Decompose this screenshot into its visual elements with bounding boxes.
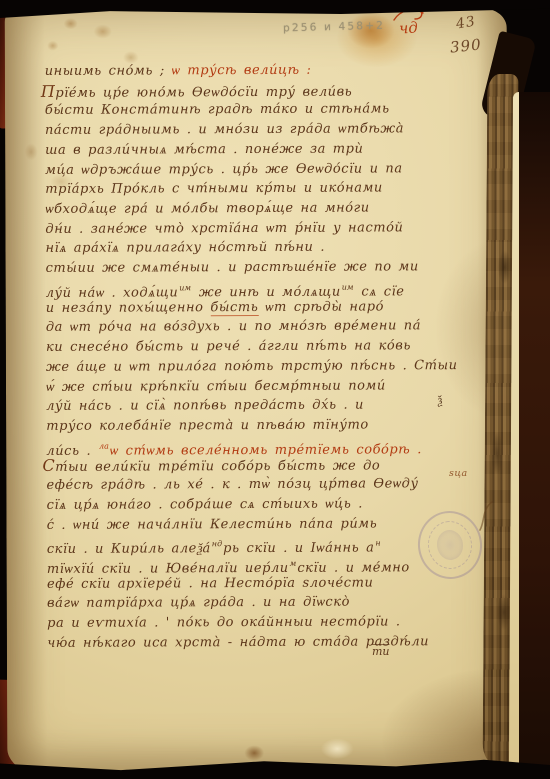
ink-text: нд: [212, 539, 222, 548]
cover-edge: [519, 92, 550, 779]
manuscript-line: да ѡт ро́ча на во́здухь . и по мно́зѣ вр…: [46, 319, 421, 336]
manuscript-line: мц́а ѡдръжа́ше тру́сь . цр́ь же Ѳеѡдо́сї…: [45, 161, 403, 178]
manuscript-line: сїѧ цр́ѧ юна́го . собра́ше сѧ ст́ыихь ѡц…: [47, 496, 363, 512]
manuscript-line: па́сти гра́дныимь . и мно́зи из гра́да ѡ…: [45, 122, 404, 139]
ink-text: сты́ии же смѧте́ныи . и растѣше́нїе же п…: [46, 259, 419, 276]
ink-text: лу́й на́ѡ . ходѧ́щи: [46, 285, 179, 301]
margin-mark-lower: ѕца: [449, 468, 468, 479]
manuscript-line: ѡбходѧ́ще гра́ и мо́лбы творѧ́ще на мно́…: [45, 201, 369, 217]
ink-text: ѡ́ же ст́ыи крѣ́пкїи ст́ыи бесмр́тныи по…: [46, 378, 386, 394]
ink-text: им: [342, 282, 354, 291]
ink-text: с́ . ѡни́ же нача́лнїи Келести́нь па́па …: [47, 516, 378, 532]
photo-background: иныимь сно́мь ; ѡ тру́сѣ вели́цѣ :Прїе́м…: [0, 0, 550, 779]
ink-text: же инѣ и мо́лѧщи: [192, 285, 341, 301]
ink-text: рь скїи . и Іѡа́ннь а: [223, 541, 374, 557]
ink-text: па́сти гра́дныимь . и мно́зи из гра́да ѡ…: [45, 122, 404, 139]
ink-text: им: [179, 283, 191, 292]
manuscript-line: лу́й на́ѡ . ходѧ́щиим же инѣ и мо́лѧщиим…: [46, 279, 405, 301]
manuscript-line: иныимь сно́мь ; ѡ тру́сѣ вели́цѣ :: [45, 63, 312, 79]
ink-text: ша в разли́чныѧ мѣ́ста . поне́же за трѝ: [45, 141, 363, 157]
manuscript-line: ша в разли́чныѧ мѣ́ста . поне́же за трѝ: [45, 141, 363, 157]
manuscript-line: нїѧ ара́хїѧ прилага́ху но́стѣй пѣ́ни .: [45, 240, 325, 256]
ink-text: трїа́рхь Про́кль с чт́ными кр́ты и ико́н…: [45, 181, 383, 197]
ink-text: м: [290, 559, 297, 568]
ink-text: сїѧ цр́ѧ юна́го . собра́ше сѧ ст́ыихь ѡц…: [47, 496, 363, 512]
rubric-text: ѡ ст́ѡмь вселе́нномь тре́тїемь собо́рѣ .: [110, 442, 422, 458]
ink-text: бы́сть: [210, 300, 258, 316]
manuscript-line: тру́со колеба́нїе преста̀ и пѣва́ю тїну́…: [46, 417, 368, 433]
ink-text: же а́ще и ѡт прило́га пою́ть трсту́ю пѣ́…: [46, 358, 458, 375]
manuscript-line: скїи . и Кири́ль алеѯа́ндрь скїи . и Іѡа…: [47, 536, 382, 557]
ink-text: сѧ сїе: [355, 284, 405, 299]
manuscript-line: ефе́сѣ гра́дѣ . ль хе́ . к . тѡ̀ по́зц ц…: [46, 476, 418, 493]
ink-text: н: [375, 539, 380, 548]
manuscript-line: с́ . ѡни́ же нача́лнїи Келести́нь па́па …: [47, 516, 378, 532]
manuscript-line: лу́й на́сь . и сїѧ̀ попѣ́вь преда́сть дх…: [46, 398, 364, 414]
manuscript-line: и неза́пу похы́щенно бы́сть ѡт срѣды̀ на…: [46, 299, 384, 315]
ink-text: ѡбходѧ́ще гра́ и мо́лбы творѧ́ще на мно́…: [45, 201, 369, 217]
manuscript-line: Прїе́мь цр́е юно́мь Ѳеѡдо́сїи тру́ вели́…: [41, 82, 353, 100]
pen-mark-icon: [477, 500, 497, 532]
quire-mark: чд: [398, 18, 418, 37]
manuscript-line: же а́ще и ѡт прило́га пою́ть трсту́ю пѣ́…: [46, 358, 458, 375]
ink-text: лу́й на́сь . и сїѧ̀ попѣ́вь преда́сть дх…: [46, 398, 364, 414]
ink-text: мц́а ѡдръжа́ше тру́сь . цр́ь же Ѳеѡдо́сї…: [45, 161, 403, 178]
ink-text: скїи . и Кири́ль алеѯа́: [47, 541, 211, 557]
ink-text: ва́гѡ патрїа́рха цр́ѧ гра́да . и на дїѡс…: [47, 595, 350, 611]
catchword: ти: [372, 645, 390, 658]
manuscript-line: ва́гѡ патрїа́рха цр́ѧ гра́да . и на дїѡс…: [47, 595, 350, 611]
manuscript-line: тїѡхїи́ скїи . и Юве́налїи иер́лимскїи .…: [47, 555, 410, 577]
ink-text: тру́со колеба́нїе преста̀ и пѣва́ю тїну́…: [46, 417, 368, 433]
ink-text: скїи . и ме́мно: [297, 560, 409, 575]
ink-text: нїѧ ара́хїѧ прилага́ху но́стѣй пѣ́ни .: [45, 240, 325, 256]
manuscript-line: ра и еѵтихі́а . ' по́кь до ока́йнныи нес…: [47, 615, 400, 632]
ink-text: ки снесе́но бы́сть и рече́ . а́ггли пѣ́т…: [46, 338, 411, 355]
manuscript-line: ѡ́ же ст́ыи крѣ́пкїи ст́ыи бесмр́тныи по…: [46, 378, 386, 394]
manuscript-line: бы́сти Конста́тинѣ градѣ та́ко и стѣна́м…: [45, 102, 390, 119]
ink-text: да ѡт ро́ча на во́здухь . и по мно́зѣ вр…: [46, 319, 421, 336]
ink-text: ефе́сѣ гра́дѣ . ль хе́ . к . тѡ̀ по́зц ц…: [46, 476, 418, 493]
manuscript-line: сты́ии же смѧте́ныи . и растѣше́нїе же п…: [46, 259, 419, 276]
ink-text: тїѡхїи́ скїи . и Юве́налїи иер́ли: [47, 561, 289, 577]
manuscript-line: ки снесе́но бы́сть и рече́ . а́ггли пѣ́т…: [46, 338, 411, 355]
folio-number: 43: [455, 13, 477, 32]
manuscript-line: ли́сь . лаѡ ст́ѡмь вселе́нномь тре́тїемь…: [46, 437, 422, 459]
manuscript-line: трїа́рхь Про́кль с чт́ными кр́ты и ико́н…: [45, 181, 383, 197]
rubric-text: ѡ тру́сѣ вели́цѣ :: [172, 63, 312, 79]
ink-text: Ст́ыи вели́кїи тре́тїи собо́рь бы́сть же…: [42, 459, 380, 475]
text-block: иныимь сно́мь ; ѡ тру́сѣ вели́цѣ :Прїе́м…: [43, 62, 470, 664]
ink-text: ѡт срѣды̀ наро́: [258, 299, 384, 315]
rubric-text: ла: [99, 441, 109, 450]
ink-text: ефе́ скїи архїере́й . на Несто́рїа ѕлоче…: [47, 575, 374, 591]
manuscript-line: ефе́ скїи архїере́й . на Несто́рїа ѕлоче…: [47, 575, 374, 591]
ink-text: ра и еѵтихі́а . ' по́кь до ока́йнныи нес…: [47, 615, 400, 632]
manuscript-line: дн́и . зане́же что̀ хрстїа́на ѡт р́нїи у…: [45, 220, 403, 237]
ink-text: Прїе́мь цр́е юно́мь Ѳеѡдо́сїи тру́ вели́…: [41, 84, 353, 100]
ink-text: иныимь сно́мь ;: [45, 63, 172, 79]
page-number: 390: [449, 35, 482, 56]
ink-text: и неза́пу похы́щенно: [46, 300, 211, 316]
manuscript-line: Ст́ыи вели́кїи тре́тїи собо́рь бы́сть же…: [42, 457, 380, 475]
ink-text: бы́сти Конста́тинѣ градѣ та́ко и стѣна́м…: [45, 102, 390, 119]
ink-text: дн́и . зане́же что̀ хрстїа́на ѡт р́нїи у…: [45, 220, 403, 237]
